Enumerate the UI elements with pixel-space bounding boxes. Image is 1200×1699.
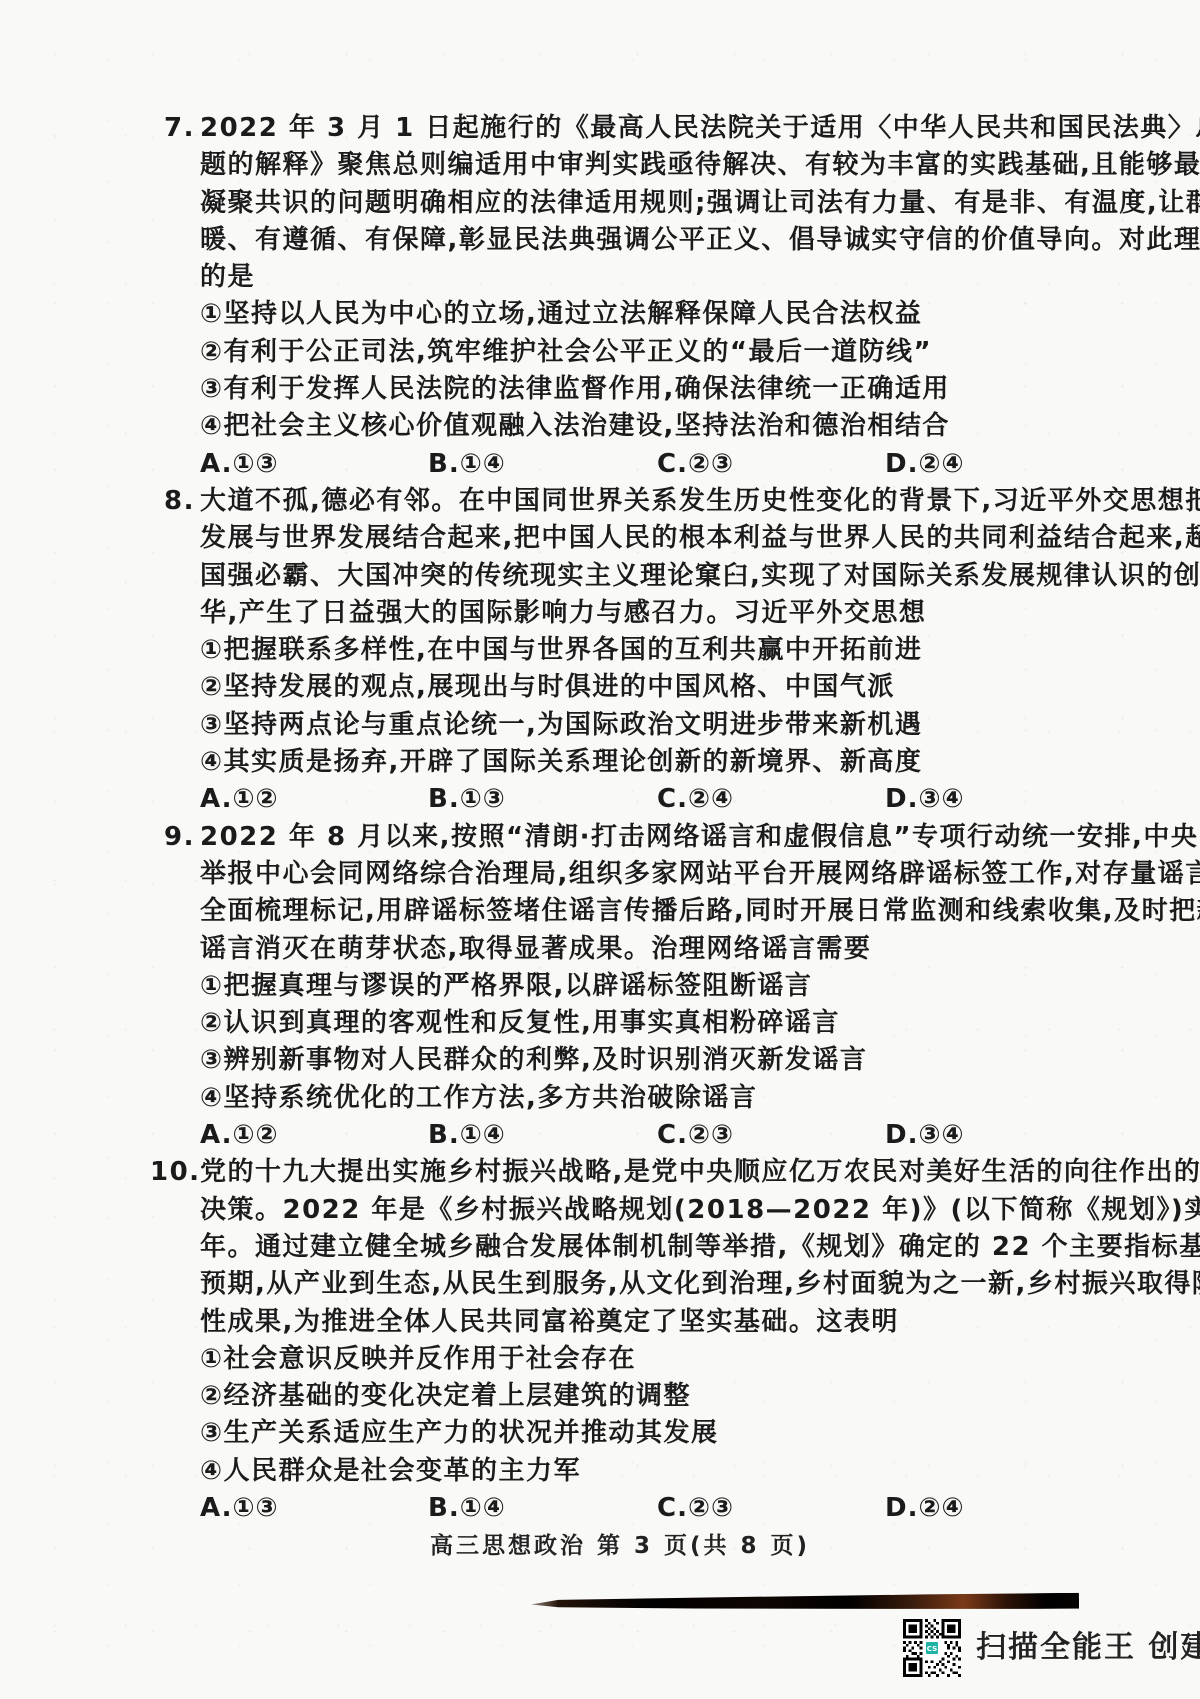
option-line: ②有利于公正司法,筑牢维护社会公平正义的“最后一道防线”: [200, 334, 1092, 371]
answer-choice-c: C.②④: [657, 781, 885, 818]
question-stem-line: 性成果,为推进全体人民共同富裕奠定了坚实基础。这表明: [200, 1304, 1092, 1341]
scanner-watermark: CS 扫描全能王 创建: [903, 1619, 1200, 1677]
answer-choice-b: B.①④: [428, 446, 657, 483]
question-number: 8.: [150, 483, 200, 520]
answer-choice-b: B.①④: [428, 1117, 657, 1154]
answer-row: A.①② B.①③ C.②④ D.③④: [200, 781, 1092, 818]
answer-choice-d: D.②④: [885, 1490, 1092, 1527]
option-line: ③坚持两点论与重点论统一,为国际政治文明进步带来新机遇: [200, 707, 1092, 744]
answer-choice-a: A.①③: [200, 1490, 428, 1527]
answer-choice-c: C.②③: [657, 1117, 885, 1154]
answer-choice-d: D.③④: [885, 781, 1092, 818]
scanner-logo-text: CS: [927, 1644, 938, 1653]
qr-code-icon: CS: [903, 1619, 961, 1677]
question-stem-line: 9.2022 年 8 月以来,按照“清朗·打击网络谣言和虚假信息”专项行动统一安…: [200, 819, 1092, 856]
option-line: ②认识到真理的客观性和反复性,用事实真相粉碎谣言: [200, 1005, 1092, 1042]
answer-choice-a: A.①③: [200, 446, 428, 483]
page-footer: 高三思想政治 第 3 页(共 8 页): [0, 1527, 1200, 1560]
exam-body: 7.2022 年 3 月 1 日起施行的《最高人民法院关于适用〈中华人民共和国民…: [200, 110, 1092, 1527]
option-line: ①把握联系多样性,在中国与世界各国的互利共赢中开拓前进: [200, 632, 1092, 669]
question-block-10: 10.党的十九大提出实施乡村振兴战略,是党中央顺应亿万农民对美好生活的向往作出的…: [200, 1154, 1092, 1527]
question-stem-line: 决策。2022 年是《乡村振兴战略规划(2018—2022 年)》(以下简称《规…: [200, 1192, 1092, 1229]
answer-choice-b: B.①③: [428, 781, 657, 818]
question-block-7: 7.2022 年 3 月 1 日起施行的《最高人民法院关于适用〈中华人民共和国民…: [200, 110, 1092, 483]
question-stem-line: 华,产生了日益强大的国际影响力与感召力。习近平外交思想: [200, 595, 1092, 632]
scan-shadow-artifact: [531, 1593, 1079, 1611]
question-stem-line: 题的解释》聚焦总则编适用中审判实践亟待解决、有较为丰富的实践基础,且能够最大限度: [200, 147, 1092, 184]
question-block-9: 9.2022 年 8 月以来,按照“清朗·打击网络谣言和虚假信息”专项行动统一安…: [200, 819, 1092, 1155]
stem-text: 大道不孤,德必有邻。在中国同世界关系发生历史性变化的背景下,习近平外交思想把中国: [200, 486, 1200, 516]
question-stem-line: 谣言消灭在萌芽状态,取得显著成果。治理网络谣言需要: [200, 931, 1092, 968]
option-line: ②坚持发展的观点,展现出与时俱进的中国风格、中国气派: [200, 669, 1092, 706]
answer-choice-d: D.③④: [885, 1117, 1092, 1154]
scanner-watermark-label: 扫描全能王 创建: [976, 1619, 1200, 1677]
option-line: ④人民群众是社会变革的主力军: [200, 1453, 1092, 1490]
answer-row: A.①③ B.①④ C.②③ D.②④: [200, 446, 1092, 483]
question-number: 7.: [150, 110, 200, 147]
stem-text: 2022 年 3 月 1 日起施行的《最高人民法院关于适用〈中华人民共和国民法典…: [200, 113, 1200, 143]
question-number: 10.: [150, 1154, 200, 1191]
question-stem-line: 10.党的十九大提出实施乡村振兴战略,是党中央顺应亿万农民对美好生活的向往作出的…: [200, 1154, 1092, 1191]
answer-choice-b: B.①④: [428, 1490, 657, 1527]
answer-choice-d: D.②④: [885, 446, 1092, 483]
question-stem-line: 8.大道不孤,德必有邻。在中国同世界关系发生历史性变化的背景下,习近平外交思想把…: [200, 483, 1092, 520]
question-stem-line: 国强必霸、大国冲突的传统现实主义理论窠臼,实现了对国际关系发展规律认识的创新和升: [200, 558, 1092, 595]
option-line: ③有利于发挥人民法院的法律监督作用,确保法律统一正确适用: [200, 371, 1092, 408]
question-stem-line: 发展与世界发展结合起来,把中国人民的根本利益与世界人民的共同利益结合起来,超越了: [200, 520, 1092, 557]
stem-text: 党的十九大提出实施乡村振兴战略,是党中央顺应亿万农民对美好生活的向往作出的重大: [200, 1157, 1200, 1187]
option-line: ①社会意识反映并反作用于社会存在: [200, 1341, 1092, 1378]
option-line: ④把社会主义核心价值观融入法治建设,坚持法治和德治相结合: [200, 408, 1092, 445]
question-stem-line: 的是: [200, 259, 1092, 296]
option-line: ③生产关系适应生产力的状况并推动其发展: [200, 1415, 1092, 1452]
question-stem-line: 7.2022 年 3 月 1 日起施行的《最高人民法院关于适用〈中华人民共和国民…: [200, 110, 1092, 147]
answer-choice-a: A.①②: [200, 1117, 428, 1154]
scanned-exam-page: { "document": { "questions": [ { "number…: [0, 0, 1200, 1699]
question-stem-line: 全面梳理标记,用辟谣标签堵住谣言传播后路,同时开展日常监测和线索收集,及时把新发: [200, 893, 1092, 930]
option-line: ①把握真理与谬误的严格界限,以辟谣标签阻断谣言: [200, 968, 1092, 1005]
question-block-8: 8.大道不孤,德必有邻。在中国同世界关系发生历史性变化的背景下,习近平外交思想把…: [200, 483, 1092, 819]
question-number: 9.: [150, 819, 200, 856]
question-stem-line: 暖、有遵循、有保障,彰显民法典强调公平正义、倡导诚实守信的价值导向。对此理解正确: [200, 222, 1092, 259]
option-line: ②经济基础的变化决定着上层建筑的调整: [200, 1378, 1092, 1415]
stem-text: 2022 年 8 月以来,按照“清朗·打击网络谣言和虚假信息”专项行动统一安排,…: [200, 822, 1200, 852]
question-stem-line: 举报中心会同网络综合治理局,组织多家网站平台开展网络辟谣标签工作,对存量谣言进行: [200, 856, 1092, 893]
option-line: ④坚持系统优化的工作方法,多方共治破除谣言: [200, 1080, 1092, 1117]
option-line: ③辨别新事物对人民群众的利弊,及时识别消灭新发谣言: [200, 1042, 1092, 1079]
answer-row: A.①② B.①④ C.②③ D.③④: [200, 1117, 1092, 1154]
answer-row: A.①③ B.①④ C.②③ D.②④: [200, 1490, 1092, 1527]
answer-choice-c: C.②③: [657, 1490, 885, 1527]
answer-choice-c: C.②③: [657, 446, 885, 483]
answer-choice-a: A.①②: [200, 781, 428, 818]
option-line: ①坚持以人民为中心的立场,通过立法解释保障人民合法权益: [200, 296, 1092, 333]
question-stem-line: 年。通过建立健全城乡融合发展体制机制等举措,《规划》确定的 22 个主要指标基本…: [200, 1229, 1092, 1266]
option-line: ④其实质是扬弃,开辟了国际关系理论创新的新境界、新高度: [200, 744, 1092, 781]
question-stem-line: 预期,从产业到生态,从民生到服务,从文化到治理,乡村面貌为之一新,乡村振兴取得阶…: [200, 1266, 1092, 1303]
question-stem-line: 凝聚共识的问题明确相应的法律适用规则;强调让司法有力量、有是非、有温度,让群众有…: [200, 185, 1092, 222]
